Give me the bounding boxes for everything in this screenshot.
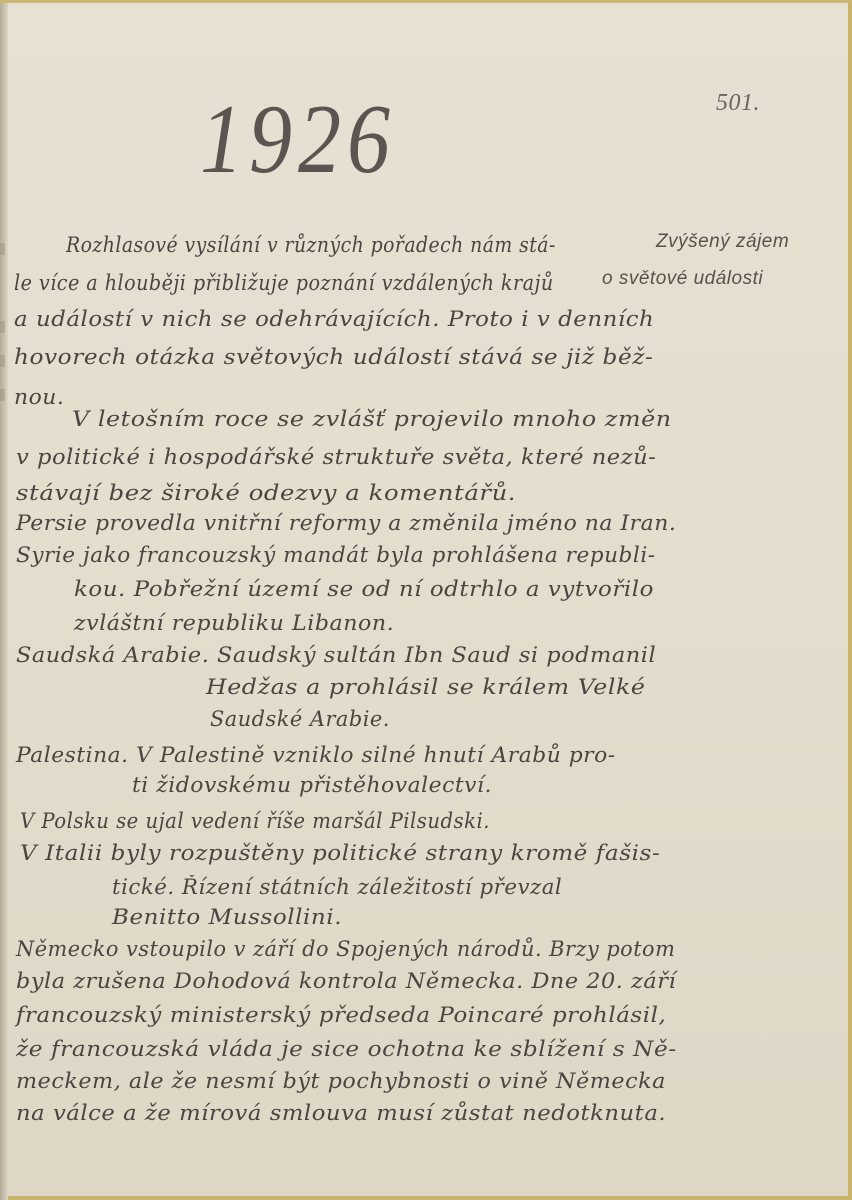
binding-mark [0,355,5,367]
handwritten-line: Saudská Arabie. Saudský sultán Ibn Saud … [16,643,656,667]
handwritten-line: meckem, ale že nesmí být pochybnosti o v… [16,1069,666,1093]
handwritten-line: tické. Řízení státních záležitostí převz… [112,875,562,899]
handwritten-line: Palestina. V Palestině vzniklo silné hnu… [16,743,616,767]
handwritten-line: Německo vstoupilo v září do Spojených ná… [16,937,675,961]
handwritten-line: Syrie jako francouzský mandát byla prohl… [16,543,656,567]
handwritten-line: Saudské Arabie. [210,707,390,731]
binding-mark [0,389,5,401]
page-number: 501. [716,90,760,117]
handwritten-line: byla zrušena Dohodová kontrola Německa. … [16,969,676,993]
manuscript-page: 1926 501. Zvýšený zájemo světové událost… [0,0,852,1200]
page-binding-edge [0,3,8,1200]
handwritten-line: kou. Pobřežní území se od ní odtrhlo a v… [74,577,654,601]
handwritten-line: Hedžas a prohlásil se králem Velké [206,675,645,699]
handwritten-line: na válce a že mírová smlouva musí zůstat… [16,1101,666,1125]
handwritten-line: v politické i hospodářské struktuře svět… [16,445,656,469]
handwritten-line: nou. [14,385,64,409]
handwritten-line: V Polsku se ujal vedení říše maršál Pils… [20,809,490,833]
handwritten-line: le více a hlouběji přibližuje poznání vz… [14,271,554,295]
margin-note: o světové události [602,268,763,290]
handwritten-line: ti židovskému přistěhovalectví. [132,773,492,797]
handwritten-line: Rozhlasové vysílání v různých pořadech n… [66,233,556,257]
handwritten-line: Persie provedla vnitřní reformy a změnil… [16,511,676,535]
handwritten-line: francouzský ministerský předseda Poincar… [16,1003,666,1027]
margin-note: Zvýšený zájem [656,231,789,253]
binding-mark [0,321,5,333]
handwritten-line: zvláštní republiku Libanon. [74,611,394,635]
binding-mark [0,243,5,255]
handwritten-line: a událostí v nich se odehrávajících. Pro… [14,307,654,331]
handwritten-line: Benitto Mussollini. [112,905,342,929]
handwritten-line: že francouzská vláda je sice ochotna ke … [16,1037,677,1061]
handwritten-line: V letošním roce se zvlášť projevilo mnoh… [72,407,672,431]
year-heading: 1926 [200,81,396,196]
handwritten-line: hovorech otázka světových událostí stává… [14,345,653,369]
handwritten-line: V Italii byly rozpuštěny politické stran… [20,841,660,865]
handwritten-line: stávají bez široké odezvy a komentářů. [16,481,516,505]
